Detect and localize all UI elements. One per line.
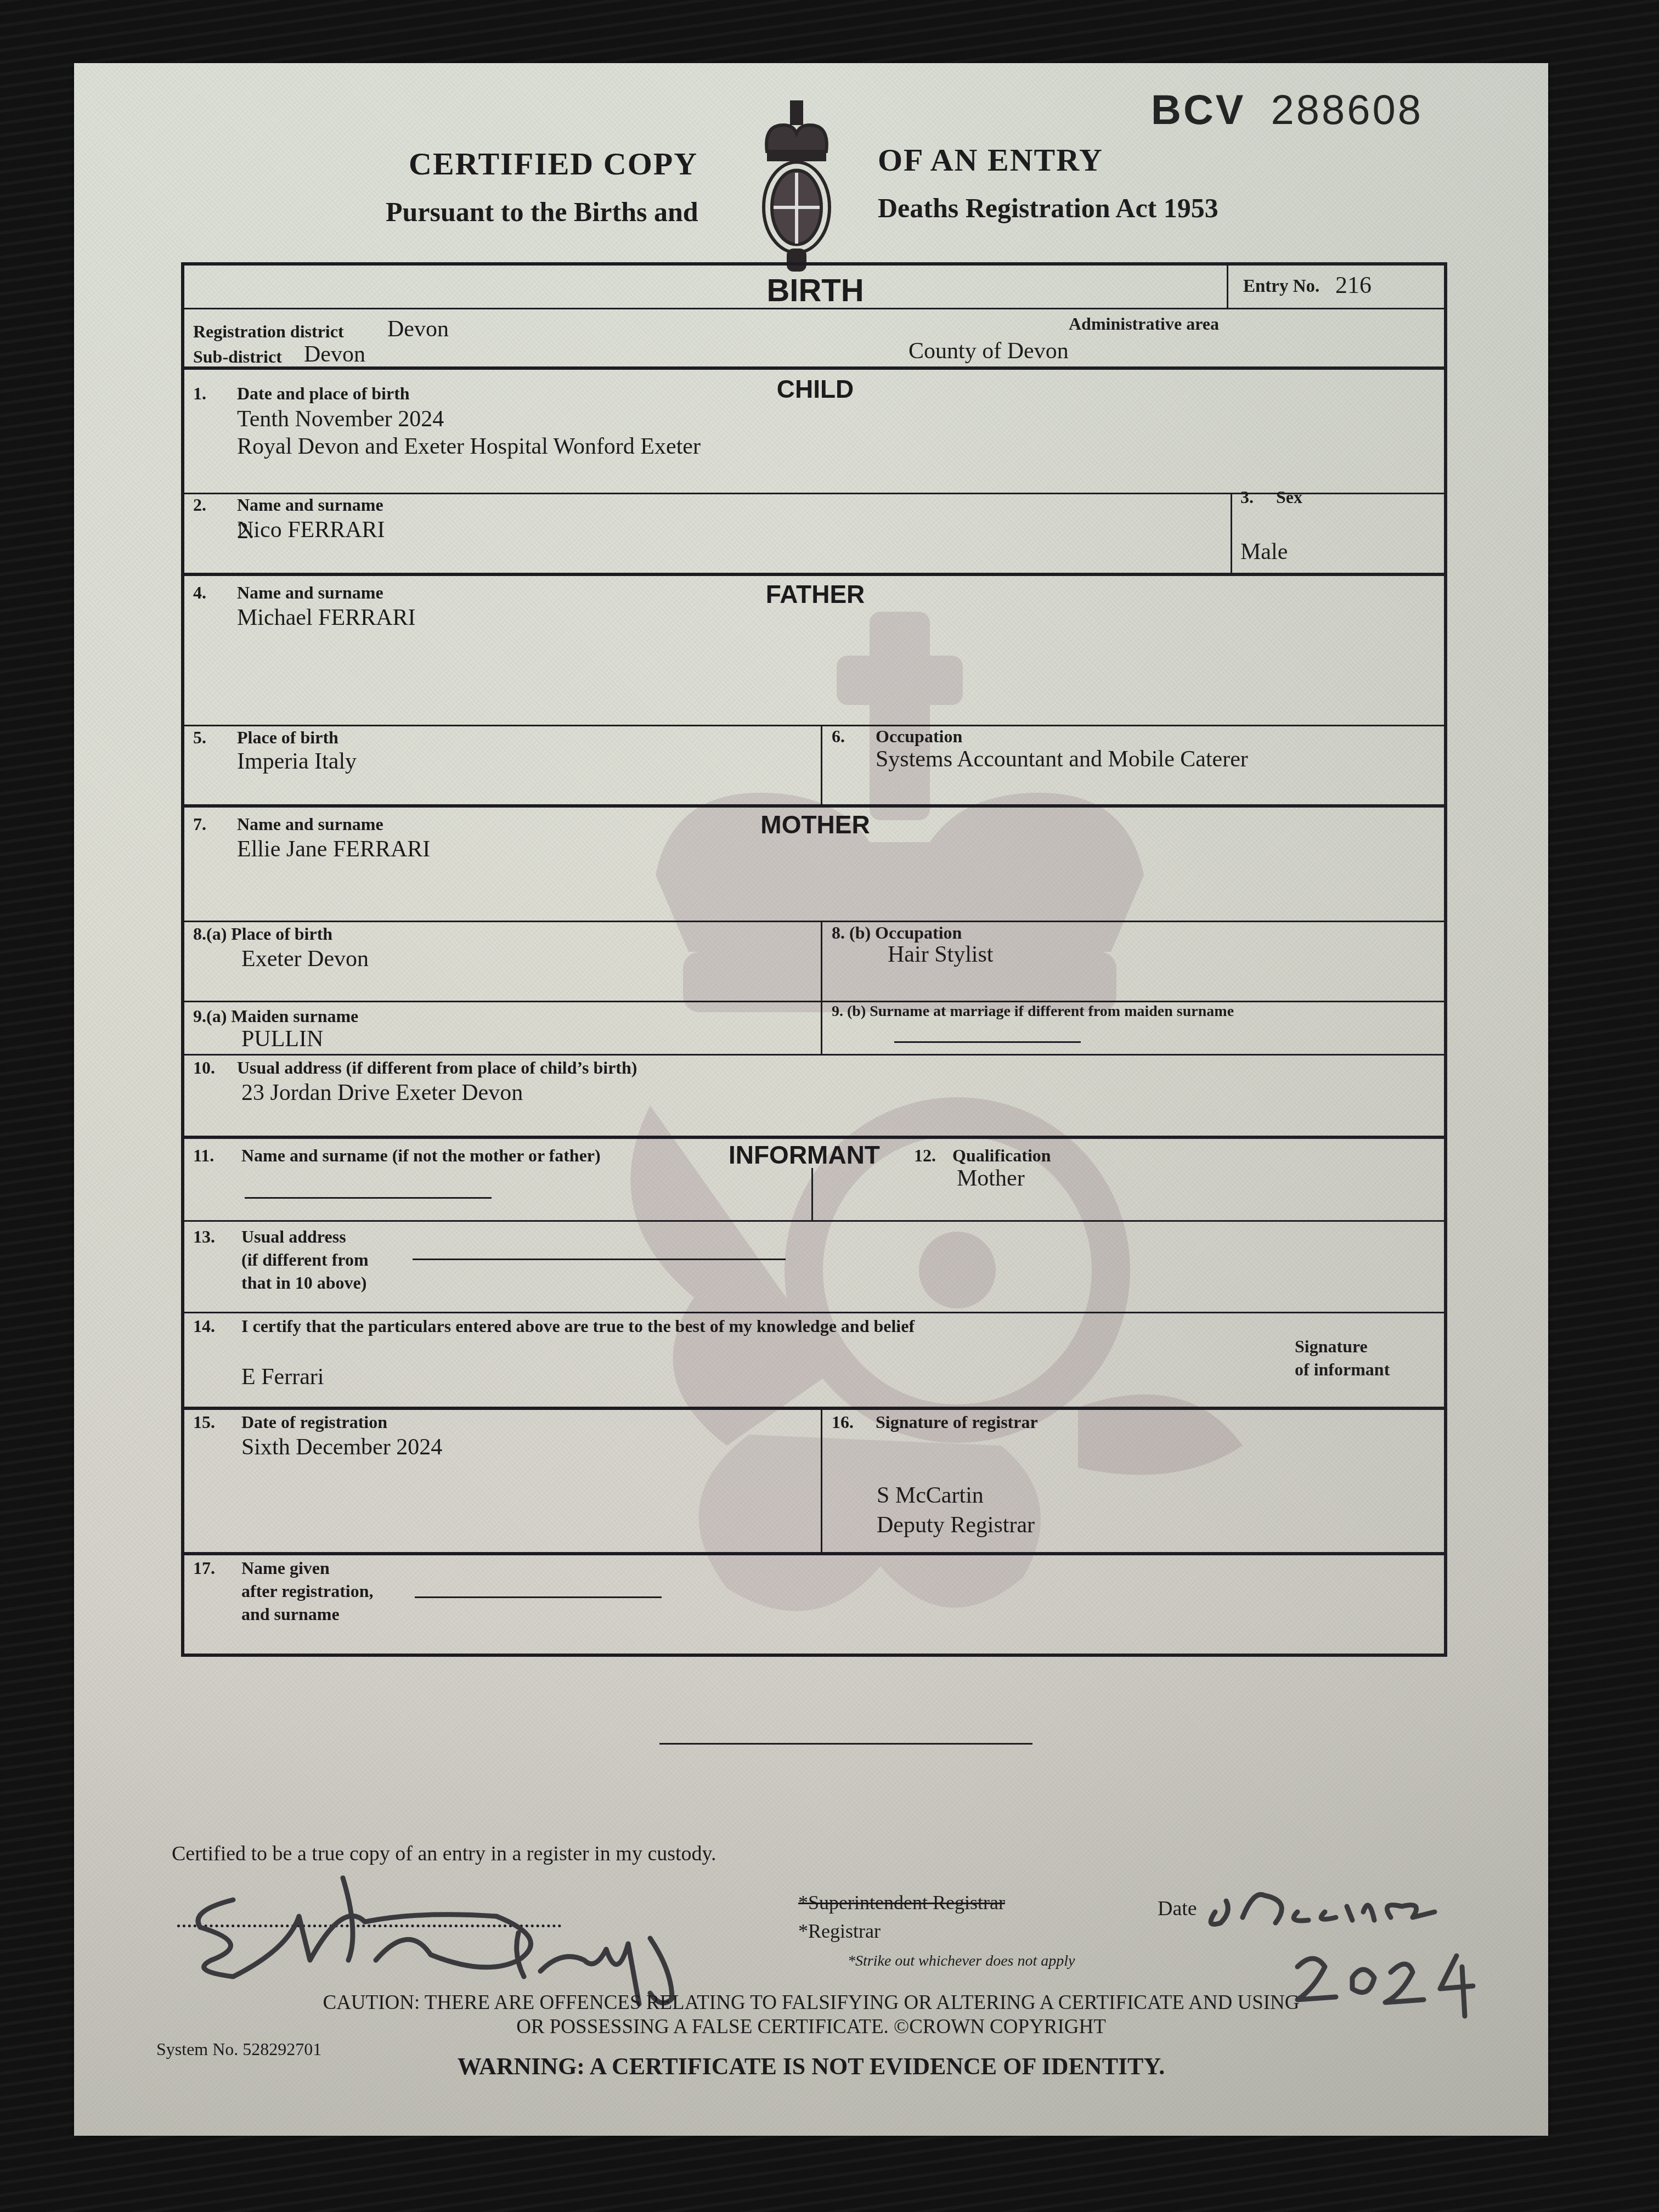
- divider: [184, 804, 1444, 808]
- registrar-name: S McCartin: [877, 1482, 984, 1509]
- administrative-area-label: Administrative area: [1069, 314, 1219, 334]
- informant-qualification: Mother: [957, 1165, 1025, 1192]
- field-4-label: Name and surname: [237, 583, 383, 603]
- title-right: OF AN ENTRY: [878, 142, 1103, 178]
- field-14-number: 14.: [193, 1316, 215, 1336]
- certification-statement: Certified to be a true copy of an entry …: [172, 1842, 716, 1866]
- divider: [184, 1136, 1444, 1139]
- field-2-number: 2.: [193, 495, 206, 515]
- field-11-label: Name and surname (if not the mother or f…: [241, 1145, 601, 1166]
- divider: [184, 1552, 1444, 1555]
- sub-district-value: Devon: [304, 341, 365, 368]
- strike-note: *Strike out whichever does not apply: [848, 1953, 1075, 1970]
- blank-line: [659, 1743, 1032, 1745]
- birth-certificate: CERTIFIED COPY OF AN ENTRY Pursuant to t…: [74, 63, 1548, 2136]
- caution-line-1: CAUTION: THERE ARE OFFENCES RELATING TO …: [74, 1991, 1548, 2015]
- entry-number: 216: [1335, 271, 1372, 299]
- field-15-label: Date of registration: [241, 1412, 387, 1432]
- field-4-number: 4.: [193, 583, 206, 603]
- field-5-label: Place of birth: [237, 727, 338, 748]
- mother-name: Ellie Jane FERRARI: [237, 836, 430, 862]
- administrative-area-value: County of Devon: [909, 338, 1069, 364]
- section-child: CHILD: [777, 374, 854, 404]
- serial-number: BCV288608: [1151, 86, 1423, 134]
- father-occupation: Systems Accountant and Mobile Caterer: [876, 746, 1248, 772]
- field-3-number: 3.: [1240, 487, 1254, 507]
- field-6-number: 6.: [832, 726, 845, 747]
- registrar-option[interactable]: *Registrar: [798, 1920, 881, 1943]
- field-5-number: 5.: [193, 727, 206, 748]
- field-1-number: 1.: [193, 383, 206, 404]
- section-mother: MOTHER: [760, 810, 870, 839]
- field-17-label-3: and surname: [241, 1604, 340, 1624]
- title-left: CERTIFIED COPY: [409, 145, 698, 182]
- caution-notice: CAUTION: THERE ARE OFFENCES RELATING TO …: [74, 1991, 1548, 2039]
- registration-district-value: Devon: [387, 316, 449, 342]
- field-7-number: 7.: [193, 814, 206, 834]
- sub-district-label: Sub-district: [193, 347, 282, 367]
- field-3-label: Sex: [1276, 487, 1302, 507]
- divider: [184, 725, 1444, 726]
- mother-maiden-surname: PULLIN: [241, 1026, 323, 1052]
- field-16-number: 16.: [832, 1412, 854, 1432]
- informant-signature: E Ferrari: [241, 1364, 324, 1390]
- date-label: Date: [1158, 1897, 1197, 1921]
- name-after-registration-blank: [415, 1596, 662, 1598]
- divider: [184, 573, 1444, 576]
- field-9a-label: 9.(a) Maiden surname: [193, 1006, 358, 1026]
- registrar-title: Deputy Registrar: [877, 1512, 1035, 1538]
- divider: [184, 308, 1444, 309]
- registration-date: Sixth December 2024: [241, 1434, 442, 1460]
- divider: [184, 1001, 1444, 1002]
- child-date-of-birth: Tenth November 2024: [237, 406, 444, 432]
- divider: [184, 493, 1444, 494]
- field-16-label: Signature of registrar: [876, 1412, 1038, 1432]
- child-name-value: Nico FERRARI: [237, 517, 385, 543]
- column-divider: [821, 1407, 822, 1552]
- divider: [184, 1220, 1444, 1222]
- field-9b-label: 9. (b) Surname at marriage if different …: [832, 1003, 1234, 1020]
- entry-box-divider: [1227, 266, 1228, 308]
- field-12-label: Qualification: [952, 1145, 1051, 1166]
- field-12-number: 12.: [914, 1145, 936, 1166]
- column-divider: [811, 1168, 813, 1220]
- entry-label: Entry No.: [1243, 276, 1319, 297]
- section-informant: INFORMANT: [729, 1140, 880, 1170]
- divider: [184, 1407, 1444, 1410]
- father-place-of-birth: Imperia Italy: [237, 748, 357, 775]
- field-13-label-1: Usual address: [241, 1227, 346, 1247]
- subtitle-right: Deaths Registration Act 1953: [878, 192, 1218, 224]
- field-8b-label: 8. (b) Occupation: [832, 923, 962, 943]
- field-8a-label: 8.(a) Place of birth: [193, 924, 332, 944]
- field-7-label: Name and surname: [237, 814, 383, 834]
- sex-box-divider: [1231, 493, 1232, 573]
- certificate-type: BIRTH: [766, 272, 864, 309]
- child-sex: Male: [1240, 539, 1288, 565]
- field-15-number: 15.: [193, 1412, 215, 1432]
- column-divider: [821, 725, 822, 804]
- superintendent-registrar-label: *Superintendent Registrar: [798, 1892, 1005, 1914]
- mother-usual-address: 23 Jordan Drive Exeter Devon: [241, 1080, 523, 1106]
- field-17-label-2: after registration,: [241, 1581, 374, 1601]
- divider: [184, 1312, 1444, 1313]
- entry-table: BIRTH Entry No. 216 Registration distric…: [181, 262, 1447, 1657]
- field-1-label: Date and place of birth: [237, 383, 410, 404]
- field-14-label: I certify that the particulars entered a…: [241, 1316, 915, 1336]
- royal-coat-of-arms-icon: [755, 100, 838, 273]
- divider: [184, 366, 1444, 370]
- field-13-number: 13.: [193, 1227, 215, 1247]
- superintendent-registrar-option[interactable]: *Superintendent Registrar: [798, 1891, 1005, 1914]
- field-13-label-2: (if different from: [241, 1250, 369, 1270]
- warning-notice: WARNING: A CERTIFICATE IS NOT EVIDENCE O…: [74, 2055, 1548, 2079]
- registration-district-label: Registration district: [193, 321, 344, 342]
- field-6-label: Occupation: [876, 726, 962, 747]
- field-10-label: Usual address (if different from place o…: [237, 1058, 637, 1078]
- divider: [184, 921, 1444, 922]
- column-divider: [821, 921, 822, 1054]
- field-17-label-1: Name given: [241, 1558, 330, 1578]
- surname-at-marriage-blank: [894, 1041, 1081, 1043]
- field-11-number: 11.: [193, 1145, 214, 1166]
- field-17-number: 17.: [193, 1558, 215, 1578]
- informant-name-blank: [245, 1197, 492, 1199]
- field-13-label-3: that in 10 above): [241, 1273, 366, 1293]
- caution-line-2: OR POSSESSING A FALSE CERTIFICATE. ©CROW…: [74, 2015, 1548, 2039]
- field-10-number: 10.: [193, 1058, 215, 1078]
- mother-occupation: Hair Stylist: [888, 941, 994, 968]
- registrar-signature: [178, 1867, 727, 2010]
- father-name: Michael FERRARI: [237, 605, 415, 631]
- mother-place-of-birth: Exeter Devon: [241, 946, 369, 972]
- serial-digits: 288608: [1271, 87, 1423, 133]
- handwritten-date: [1204, 1879, 1548, 2022]
- signature-label-1: Signature: [1295, 1336, 1368, 1357]
- informant-address-blank: [413, 1259, 786, 1260]
- signature-label-2: of informant: [1295, 1359, 1390, 1380]
- subtitle-left: Pursuant to the Births and: [386, 196, 698, 228]
- field-2-label: Name and surname: [237, 495, 383, 515]
- serial-prefix: BCV: [1151, 87, 1245, 133]
- child-place-of-birth: Royal Devon and Exeter Hospital Wonford …: [237, 433, 701, 460]
- divider: [184, 1054, 1444, 1056]
- section-father: FATHER: [766, 579, 865, 609]
